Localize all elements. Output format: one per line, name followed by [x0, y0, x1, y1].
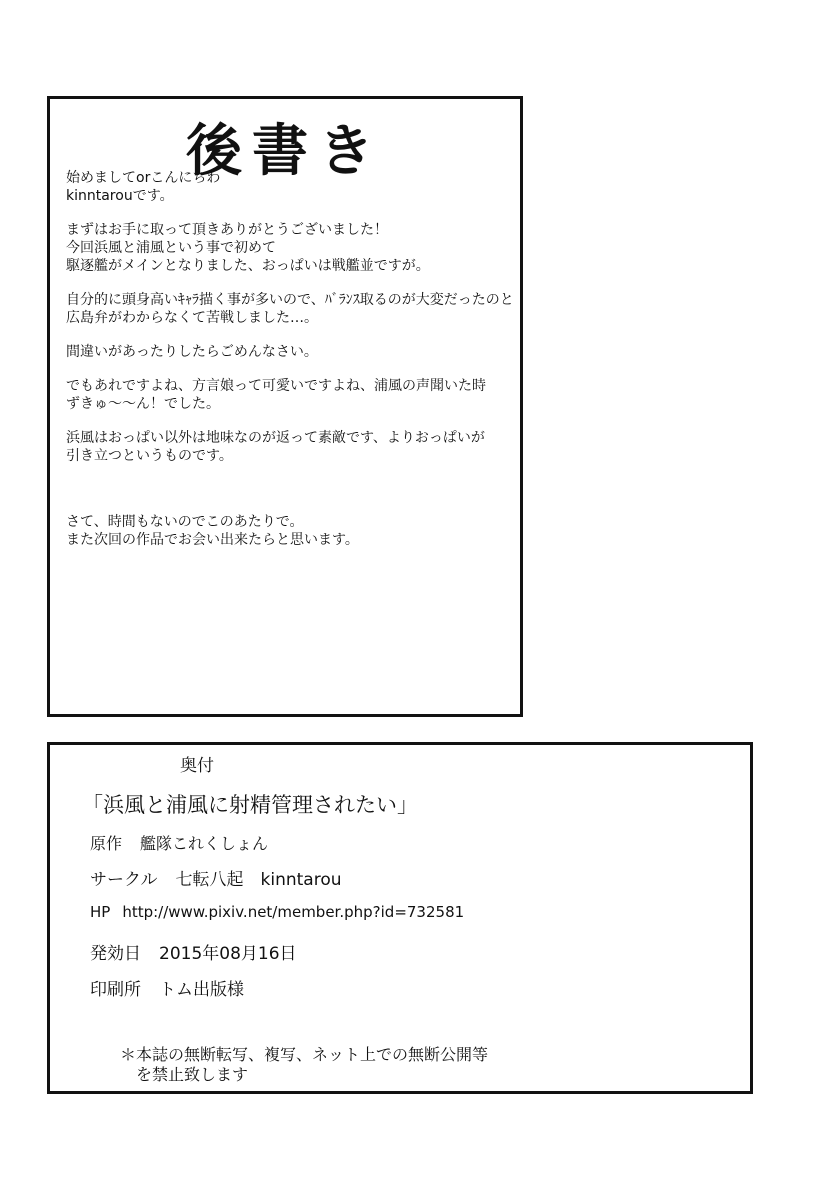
- afterword-paragraph: 始めましてorこんにちわ kinntarouです。: [66, 169, 516, 205]
- afterword-paragraph: まずはお手に取って頂きありがとうございました！ 今回浜風と浦風という事で初めて …: [66, 221, 516, 275]
- circle-value: 七転八起 kinntarou: [176, 865, 342, 890]
- issue-date-row: 発効日2015年08月16日: [90, 939, 297, 964]
- issue-date-value: 2015年08月16日: [159, 939, 297, 964]
- afterword-paragraph: 間違いがあったりしたらごめんなさい。: [66, 343, 516, 361]
- colophon-box: 奥付 「浜風と浦風に射精管理されたい」 原作艦隊これくしょん サークル七転八起 …: [47, 742, 753, 1094]
- copyright-notice: ＊本誌の無断転写、複写、ネット上での無断公開等 を禁止致します: [120, 1045, 488, 1085]
- original-work-value: 艦隊これくしょん: [140, 831, 268, 854]
- printer-value: トム出版様: [159, 975, 244, 1000]
- afterword-box: 後書き 始めましてorこんにちわ kinntarouです。 まずはお手に取って頂…: [47, 96, 523, 717]
- original-work-label: 原作: [90, 831, 122, 854]
- printer-row: 印刷所トム出版様: [90, 975, 244, 1000]
- homepage-url[interactable]: http://www.pixiv.net/member.php?id=73258…: [122, 903, 464, 921]
- colophon-heading: 奥付: [180, 751, 214, 776]
- circle-row: サークル七転八起 kinntarou: [90, 865, 342, 890]
- original-work-row: 原作艦隊これくしょん: [90, 831, 268, 854]
- homepage-label: HP: [90, 903, 110, 921]
- afterword-body: 始めましてorこんにちわ kinntarouです。 まずはお手に取って頂きありが…: [66, 169, 516, 565]
- issue-date-label: 発効日: [90, 939, 141, 964]
- afterword-paragraph: 自分的に頭身高いｷｬﾗ描く事が多いので、ﾊﾞﾗﾝｽ取るのが大変だったのと 広島弁…: [66, 291, 516, 327]
- afterword-paragraph: 浜風はおっぱい以外は地味なのが返って素敵です、よりおっぱいが 引き立つというもの…: [66, 429, 516, 465]
- afterword-paragraph: さて、時間もないのでこのあたりで。 また次回の作品でお会い出来たらと思います。: [66, 513, 516, 549]
- circle-label: サークル: [90, 865, 158, 890]
- afterword-paragraph: でもあれですよね、方言娘って可愛いですよね、浦風の声聞いた時 ずきゅ～～ん！でし…: [66, 377, 516, 413]
- printer-label: 印刷所: [90, 975, 141, 1000]
- book-title: 「浜風と浦風に射精管理されたい」: [82, 789, 418, 819]
- homepage-row: HPhttp://www.pixiv.net/member.php?id=732…: [90, 903, 464, 921]
